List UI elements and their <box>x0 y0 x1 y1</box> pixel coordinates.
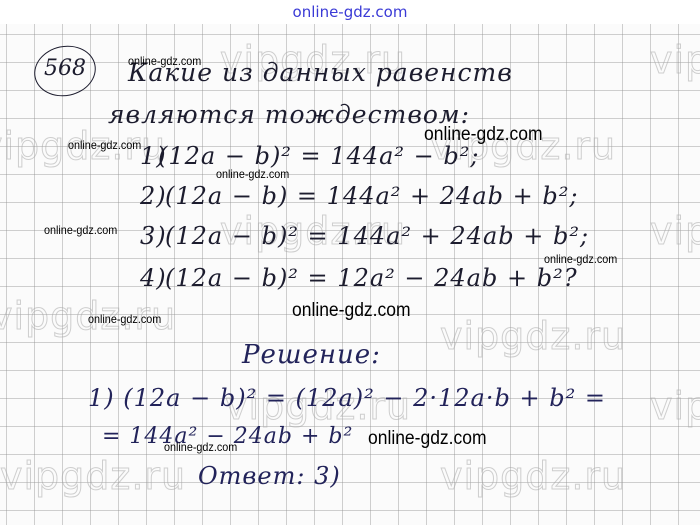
option-4: (12a − b)² = 12a² − 24ab + b²? <box>165 264 578 292</box>
background-watermark: vipgdz.ru <box>650 38 700 82</box>
background-watermark: vipgdz.ru <box>440 314 626 358</box>
background-watermark: vipgdz.ru <box>650 209 700 253</box>
option-1: (12a − b)² = 144a² − b²; <box>158 142 479 170</box>
task-number: 568 <box>40 56 90 81</box>
option-3: (12a − b)² = 144a² + 24ab + b²; <box>165 222 589 250</box>
answer: Ответ: 3) <box>198 462 341 490</box>
option-2-label: 2) <box>140 182 167 210</box>
question-line-2: являются тождеством: <box>108 100 470 129</box>
watermark: online-gdz.com <box>44 223 117 237</box>
watermark: online-gdz.com <box>216 167 289 181</box>
option-4-label: 4) <box>140 264 167 292</box>
background-watermark: vipgdz.ru <box>0 454 186 498</box>
background-watermark: vipgdz.ru <box>440 454 626 498</box>
site-link[interactable]: online-gdz.com <box>293 3 408 21</box>
watermark: online-gdz.com <box>292 300 411 322</box>
watermark: online-gdz.com <box>128 54 201 68</box>
watermark: online-gdz.com <box>68 138 141 152</box>
option-3-label: 3) <box>140 222 167 250</box>
solution-line-1: 1) (12a − b)² = (12a)² − 2·12a·b + b² = <box>88 384 606 412</box>
watermark: online-gdz.com <box>164 440 237 454</box>
watermark: online-gdz.com <box>424 124 543 146</box>
watermark: online-gdz.com <box>544 252 617 266</box>
option-1-label: 1) <box>140 142 167 170</box>
notebook-page: vipgdz.ru vipgdz.ru vipgdz.ru vipgdz.ru … <box>0 24 700 525</box>
site-link-header[interactable]: online-gdz.com <box>0 0 700 24</box>
solution-heading: Решение: <box>242 340 381 370</box>
option-2: (12a − b) = 144a² + 24ab + b²; <box>165 182 578 210</box>
watermark: online-gdz.com <box>368 428 487 450</box>
background-watermark: vipgdz.ru <box>650 384 700 428</box>
watermark: online-gdz.com <box>88 312 161 326</box>
